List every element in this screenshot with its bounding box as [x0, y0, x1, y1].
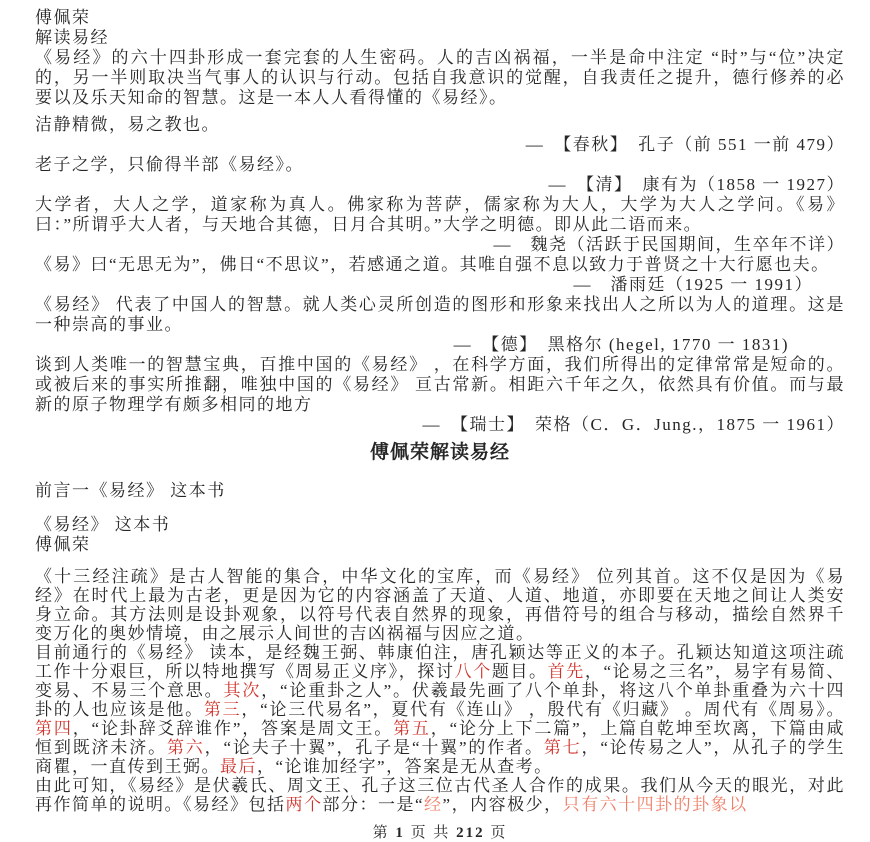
body-paragraph-1: 《十三经注疏》是古人智能的集合，中华文化的宝库，而《易经》 位列其首。这不仅是因…	[35, 567, 845, 643]
quote-panyuting: 《易》曰“无思无为”，佛日“不思议”，若感通之道。其唯自强不息以致力于普贤之十大…	[35, 255, 845, 295]
intro-paragraph: 《易经》的六十四卦形成一套完套的人生密码。人的吉凶祸福，一半是命中注定 “时”与…	[35, 48, 845, 108]
quote-attribution: — 【春秋】 孔子（前 551 一前 479）	[35, 135, 845, 155]
preface-author-line: 傅佩荣	[35, 535, 845, 555]
preface-book-line: 《易经》 这本书	[35, 515, 845, 535]
body-paragraph-2: 目前通行的《易经》 读本，是经魏王弼、韩康伯注，唐孔颖达等正义的本子。孔颖达知道…	[35, 643, 845, 776]
quote-attribution: — 【瑞士】 荣格（C．G．Jung.，1875 一 1961）	[35, 415, 845, 435]
doc-author-line: 傅佩荣	[35, 8, 845, 28]
quote-text: 老子之学，只偷得半部《易经》。	[35, 155, 845, 175]
preface-heading: 前言一《易经》 这本书	[35, 481, 845, 501]
section-title: 傅佩荣解读易经	[35, 441, 845, 465]
quote-jung: 谈到人类唯一的智慧宝典，百推中国的《易经》 ，在科学方面，我们所得出的定律常常是…	[35, 355, 845, 435]
quote-attribution: — 【德】 黑格尔 (hegel, 1770 一 1831)	[35, 335, 845, 355]
quote-text: 《易》曰“无思无为”，佛日“不思议”，若感通之道。其唯自强不息以致力于普贤之十大…	[35, 255, 845, 275]
quote-text: 洁静精微，易之教也。	[35, 115, 845, 135]
quote-kangyouwei: 老子之学，只偷得半部《易经》。 — 【清】 康有为（1858 一 1927）	[35, 155, 845, 195]
body-paragraph-3: 由此可知，《易经》是伏羲氏、周文王、孔子这三位古代圣人合作的成果。我们从今天的眼…	[35, 776, 845, 814]
quote-text: 大学者，大人之学，道家称为真人。佛家称为菩萨，儒家称为大人，大学为大人之学问。《…	[35, 195, 845, 235]
body-text: 《十三经注疏》是古人智能的集合，中华文化的宝库，而《易经》 位列其首。这不仅是因…	[35, 567, 845, 814]
quote-text: 谈到人类唯一的智慧宝典，百推中国的《易经》 ，在科学方面，我们所得出的定律常常是…	[35, 355, 845, 415]
quote-text: 《易经》 代表了中国人的智慧。就人类心灵所创造的图形和形象来找出人之所以为人的道…	[35, 295, 845, 335]
quote-attribution: — 魏尧（活跃于民国期间，生卒年不详）	[35, 235, 845, 255]
quote-hegel: 《易经》 代表了中国人的智慧。就人类心灵所创造的图形和形象来找出人之所以为人的道…	[35, 295, 845, 355]
page-number-footer: 第 1 页 共 212 页	[35, 823, 845, 842]
quote-kongzi: 洁静精微，易之教也。 — 【春秋】 孔子（前 551 一前 479）	[35, 115, 845, 155]
quote-weiyao: 大学者，大人之学，道家称为真人。佛家称为菩萨，儒家称为大人，大学为大人之学问。《…	[35, 195, 845, 255]
doc-title-line: 解读易经	[35, 28, 845, 48]
document-page: 傅佩荣 解读易经 《易经》的六十四卦形成一套完套的人生密码。人的吉凶祸福，一半是…	[0, 0, 870, 842]
quote-attribution: — 【清】 康有为（1858 一 1927）	[35, 175, 845, 195]
quote-attribution: — 潘雨廷（1925 一 1991）	[35, 275, 845, 295]
